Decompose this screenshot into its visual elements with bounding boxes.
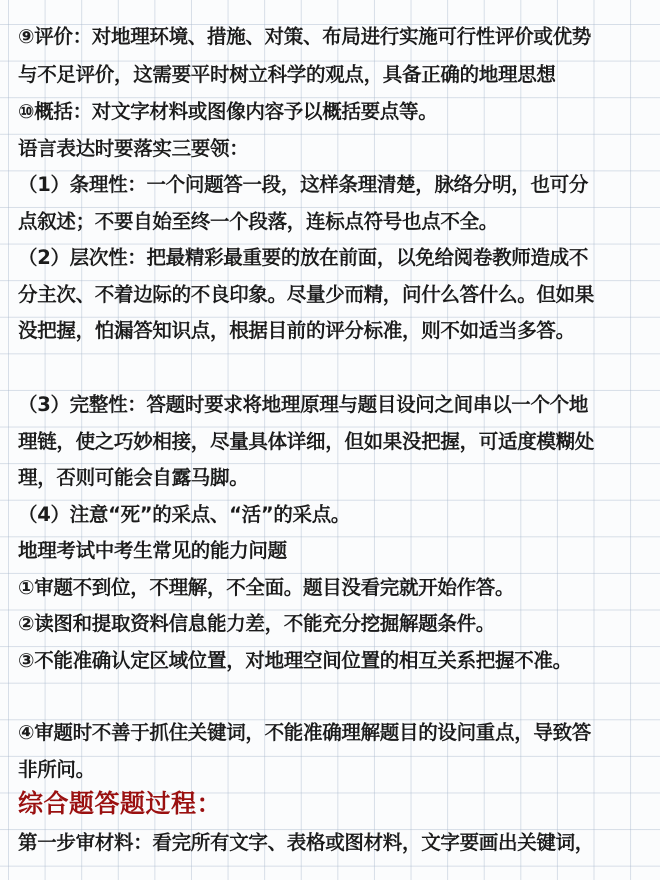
text-line: 分主次、不着边际的不良印象。尽量少而精，问什么答什么。但如果 — [18, 282, 650, 308]
text-line-summarize: ⑩概括：对文字材料或图像内容予以概括要点等。 — [18, 99, 650, 125]
text-line: 没把握，怕漏答知识点，根据目前的评分标准，则不如适当多答。 — [18, 318, 650, 344]
text-line-problem-3: ③不能准确认定区域位置，对地理空间位置的相互关系把握不准。 — [18, 648, 650, 674]
text-line: 点叙述；不要自始至终一个段落，连标点符号也点不全。 — [18, 209, 650, 235]
text-line-point-1: （1）条理性：一个问题答一段，这样条理清楚，脉络分明，也可分 — [18, 172, 650, 198]
text-line: 理，否则可能会自露马脚。 — [18, 465, 650, 491]
section-heading: 综合题答题过程： — [18, 791, 650, 817]
text-line-problem-1: ①审题不到位，不理解，不全面。题目没看完就开始作答。 — [18, 575, 650, 601]
text-line: 与不足评价，这需要平时树立科学的观点，具备正确的地理思想 — [18, 62, 650, 88]
text-line: 非所问。 — [18, 757, 650, 783]
text-line-point-4: （4）注意“死”的采点、“活”的采点。 — [18, 502, 650, 528]
text-line: 理链，使之巧妙相接，尽量具体详细，但如果没把握，可适度模糊处 — [18, 429, 650, 455]
document-page: ⑨评价：对地理环境、措施、对策、布局进行实施可行性评价或优势 与不足评价，这需要… — [0, 0, 660, 880]
text-line-problem-4: ④审题时不善于抓住关键词，不能准确理解题目的设问重点，导致答 — [18, 720, 650, 746]
text-line-step-1: 第一步审材料：看完所有文字、表格或图材料，文字要画出关键词， — [18, 830, 650, 856]
text-line-problem-2: ②读图和提取资料信息能力差，不能充分挖掘解题条件。 — [18, 611, 650, 637]
text-line-point-2: （2）层次性：把最精彩最重要的放在前面，以免给阅卷教师造成不 — [18, 245, 650, 271]
text-line-language-heading: 语言表达时要落实三要领： — [18, 136, 650, 162]
text-line-evaluation: ⑨评价：对地理环境、措施、对策、布局进行实施可行性评价或优势 — [18, 24, 650, 50]
text-line-point-3: （3）完整性：答题时要求将地理原理与题目设问之间串以一个个地 — [18, 392, 650, 418]
text-line-ability-heading: 地理考试中考生常见的能力问题 — [18, 538, 650, 564]
